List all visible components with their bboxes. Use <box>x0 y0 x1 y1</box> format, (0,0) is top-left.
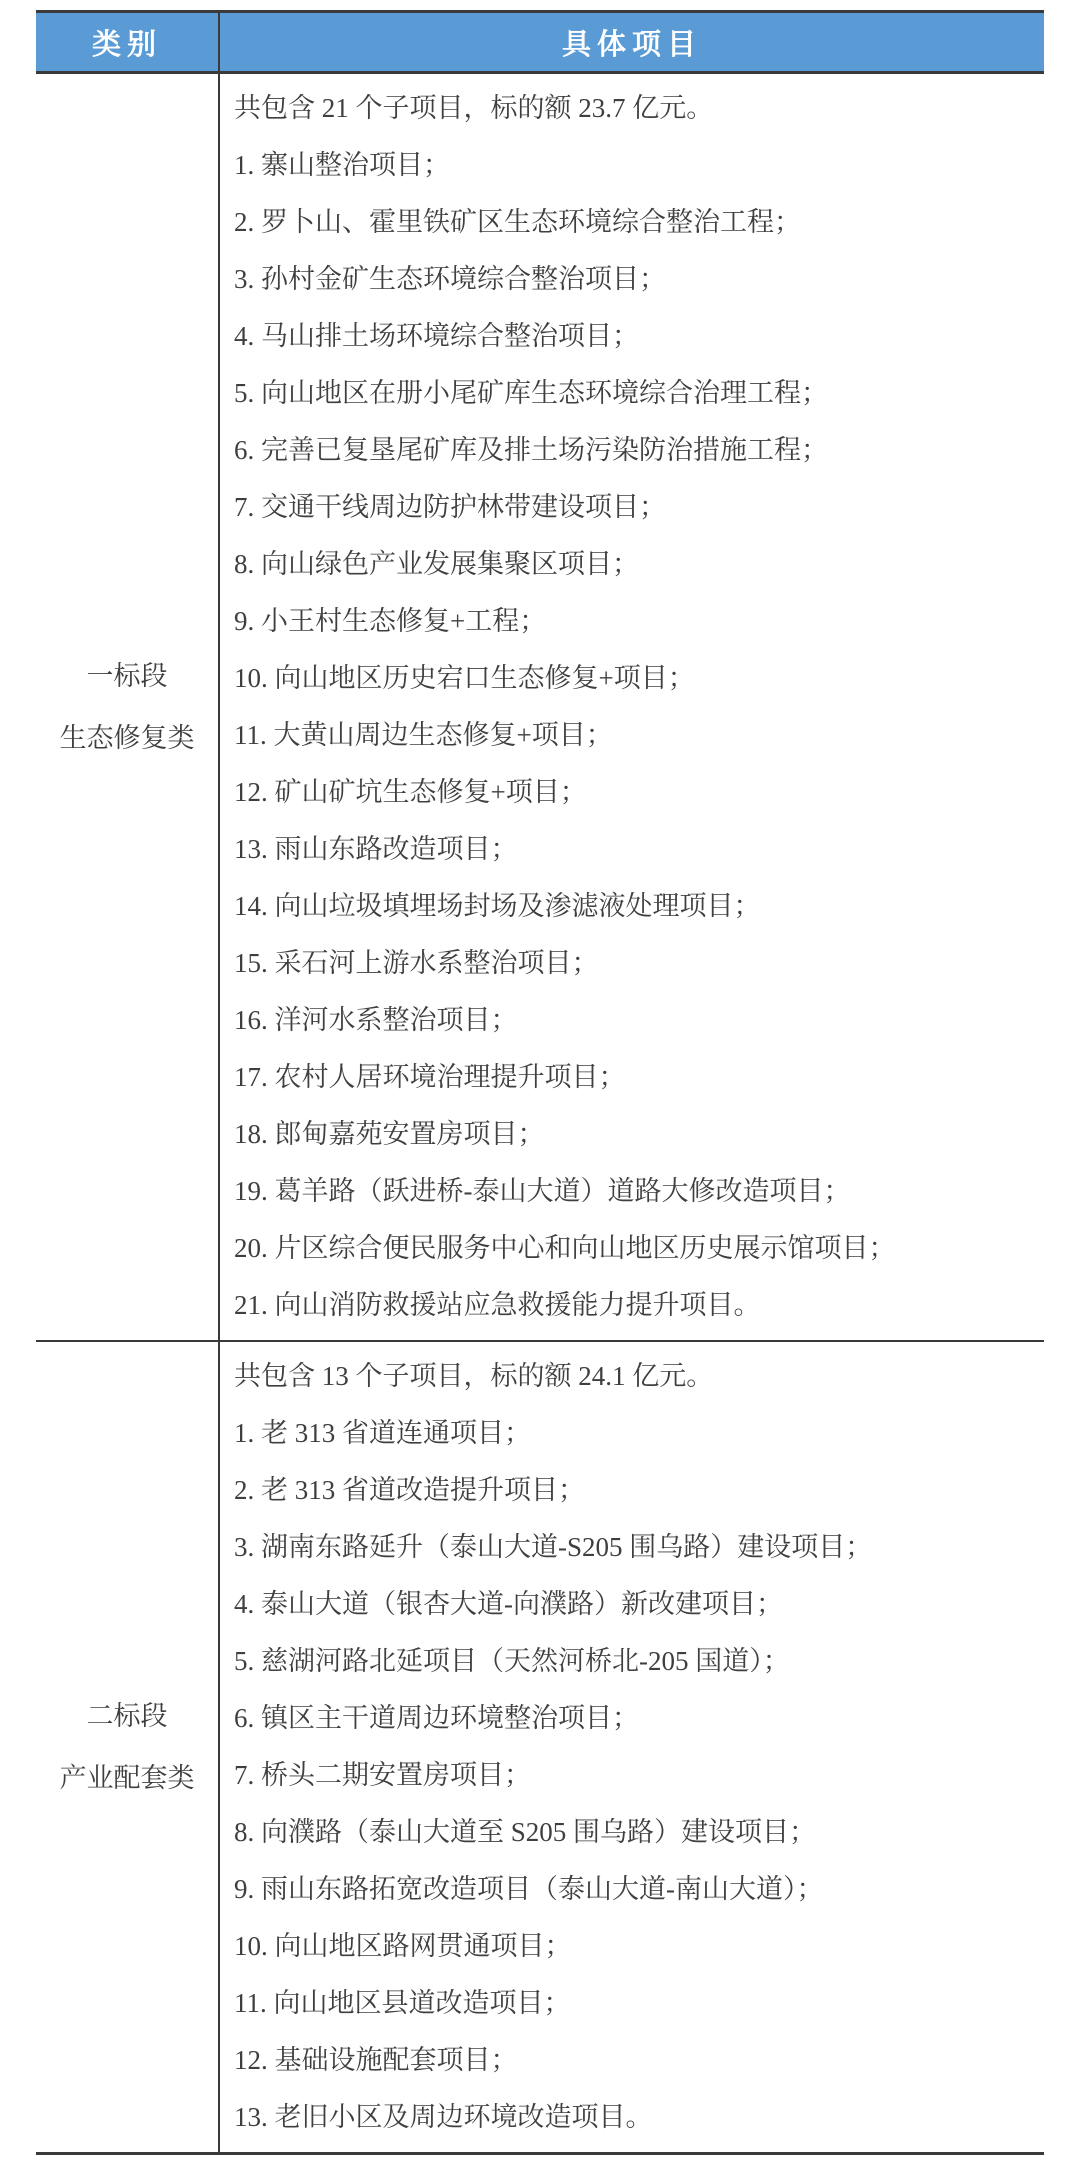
project-item: 4. 马山排土场环境综合整治项目； <box>234 308 1038 365</box>
projects-table: 类别 具体项目 一标段生态修复类共包含 21 个子项目，标的额 23.7 亿元。… <box>36 10 1044 2155</box>
project-item: 8. 向濮路（泰山大道至 S205 围乌路）建设项目； <box>234 1804 1038 1861</box>
project-item: 20. 片区综合便民服务中心和向山地区历史展示馆项目； <box>234 1220 1038 1277</box>
project-item: 16. 洋河水系整治项目； <box>234 992 1038 1049</box>
table-body: 一标段生态修复类共包含 21 个子项目，标的额 23.7 亿元。1. 寨山整治项… <box>36 74 1044 2152</box>
project-item: 15. 采石河上游水系整治项目； <box>234 935 1038 992</box>
project-item: 8. 向山绿色产业发展集聚区项目； <box>234 536 1038 593</box>
category-line: 一标段 <box>87 645 168 707</box>
project-item: 2. 老 313 省道改造提升项目； <box>234 1462 1038 1519</box>
header-projects-label: 具体项目 <box>562 22 702 63</box>
table-row-section-2: 二标段产业配套类共包含 13 个子项目，标的额 24.1 亿元。1. 老 313… <box>36 1342 1044 2152</box>
project-item: 21. 向山消防救援站应急救援能力提升项目。 <box>234 1277 1038 1334</box>
projects-cell: 共包含 21 个子项目，标的额 23.7 亿元。1. 寨山整治项目；2. 罗卜山… <box>220 74 1044 1340</box>
project-item: 18. 郎甸嘉苑安置房项目； <box>234 1106 1038 1163</box>
header-category-label: 类别 <box>92 22 162 63</box>
project-item: 9. 小王村生态修复+工程； <box>234 593 1038 650</box>
projects-cell: 共包含 13 个子项目，标的额 24.1 亿元。1. 老 313 省道连通项目；… <box>220 1342 1044 2152</box>
category-cell: 一标段生态修复类 <box>36 74 220 1340</box>
header-cell-category: 类别 <box>36 13 220 71</box>
project-item: 11. 大黄山周边生态修复+项目； <box>234 707 1038 764</box>
project-item: 3. 孙村金矿生态环境综合整治项目； <box>234 251 1038 308</box>
project-item: 3. 湖南东路延升（泰山大道-S205 围乌路）建设项目； <box>234 1519 1038 1576</box>
table-header-row: 类别 具体项目 <box>36 13 1044 74</box>
section-intro: 共包含 21 个子项目，标的额 23.7 亿元。 <box>234 80 1038 137</box>
project-item: 13. 雨山东路改造项目； <box>234 821 1038 878</box>
table-row-section-1: 一标段生态修复类共包含 21 个子项目，标的额 23.7 亿元。1. 寨山整治项… <box>36 74 1044 1342</box>
project-item: 9. 雨山东路拓宽改造项目（泰山大道-南山大道）； <box>234 1861 1038 1918</box>
project-item: 5. 向山地区在册小尾矿库生态环境综合治理工程； <box>234 365 1038 422</box>
project-item: 1. 寨山整治项目； <box>234 137 1038 194</box>
project-item: 1. 老 313 省道连通项目； <box>234 1405 1038 1462</box>
category-line: 产业配套类 <box>60 1747 195 1809</box>
project-item: 2. 罗卜山、霍里铁矿区生态环境综合整治工程； <box>234 194 1038 251</box>
section-intro: 共包含 13 个子项目，标的额 24.1 亿元。 <box>234 1348 1038 1405</box>
project-item: 12. 矿山矿坑生态修复+项目； <box>234 764 1038 821</box>
category-line: 二标段 <box>87 1685 168 1747</box>
document-page: 类别 具体项目 一标段生态修复类共包含 21 个子项目，标的额 23.7 亿元。… <box>0 10 1080 2166</box>
header-cell-projects: 具体项目 <box>220 13 1044 71</box>
project-item: 12. 基础设施配套项目； <box>234 2032 1038 2089</box>
project-item: 13. 老旧小区及周边环境改造项目。 <box>234 2089 1038 2146</box>
project-item: 11. 向山地区县道改造项目； <box>234 1975 1038 2032</box>
project-item: 10. 向山地区路网贯通项目； <box>234 1918 1038 1975</box>
project-item: 4. 泰山大道（银杏大道-向濮路）新改建项目； <box>234 1576 1038 1633</box>
category-line: 生态修复类 <box>60 707 195 769</box>
project-item: 17. 农村人居环境治理提升项目； <box>234 1049 1038 1106</box>
project-item: 5. 慈湖河路北延项目（天然河桥北-205 国道）； <box>234 1633 1038 1690</box>
project-item: 7. 桥头二期安置房项目； <box>234 1747 1038 1804</box>
project-item: 19. 葛羊路（跃进桥-泰山大道）道路大修改造项目； <box>234 1163 1038 1220</box>
project-item: 6. 完善已复垦尾矿库及排土场污染防治措施工程； <box>234 422 1038 479</box>
category-cell: 二标段产业配套类 <box>36 1342 220 2152</box>
project-item: 10. 向山地区历史宕口生态修复+项目； <box>234 650 1038 707</box>
project-item: 14. 向山垃圾填埋场封场及渗滤液处理项目； <box>234 878 1038 935</box>
project-item: 6. 镇区主干道周边环境整治项目； <box>234 1690 1038 1747</box>
project-item: 7. 交通干线周边防护林带建设项目； <box>234 479 1038 536</box>
